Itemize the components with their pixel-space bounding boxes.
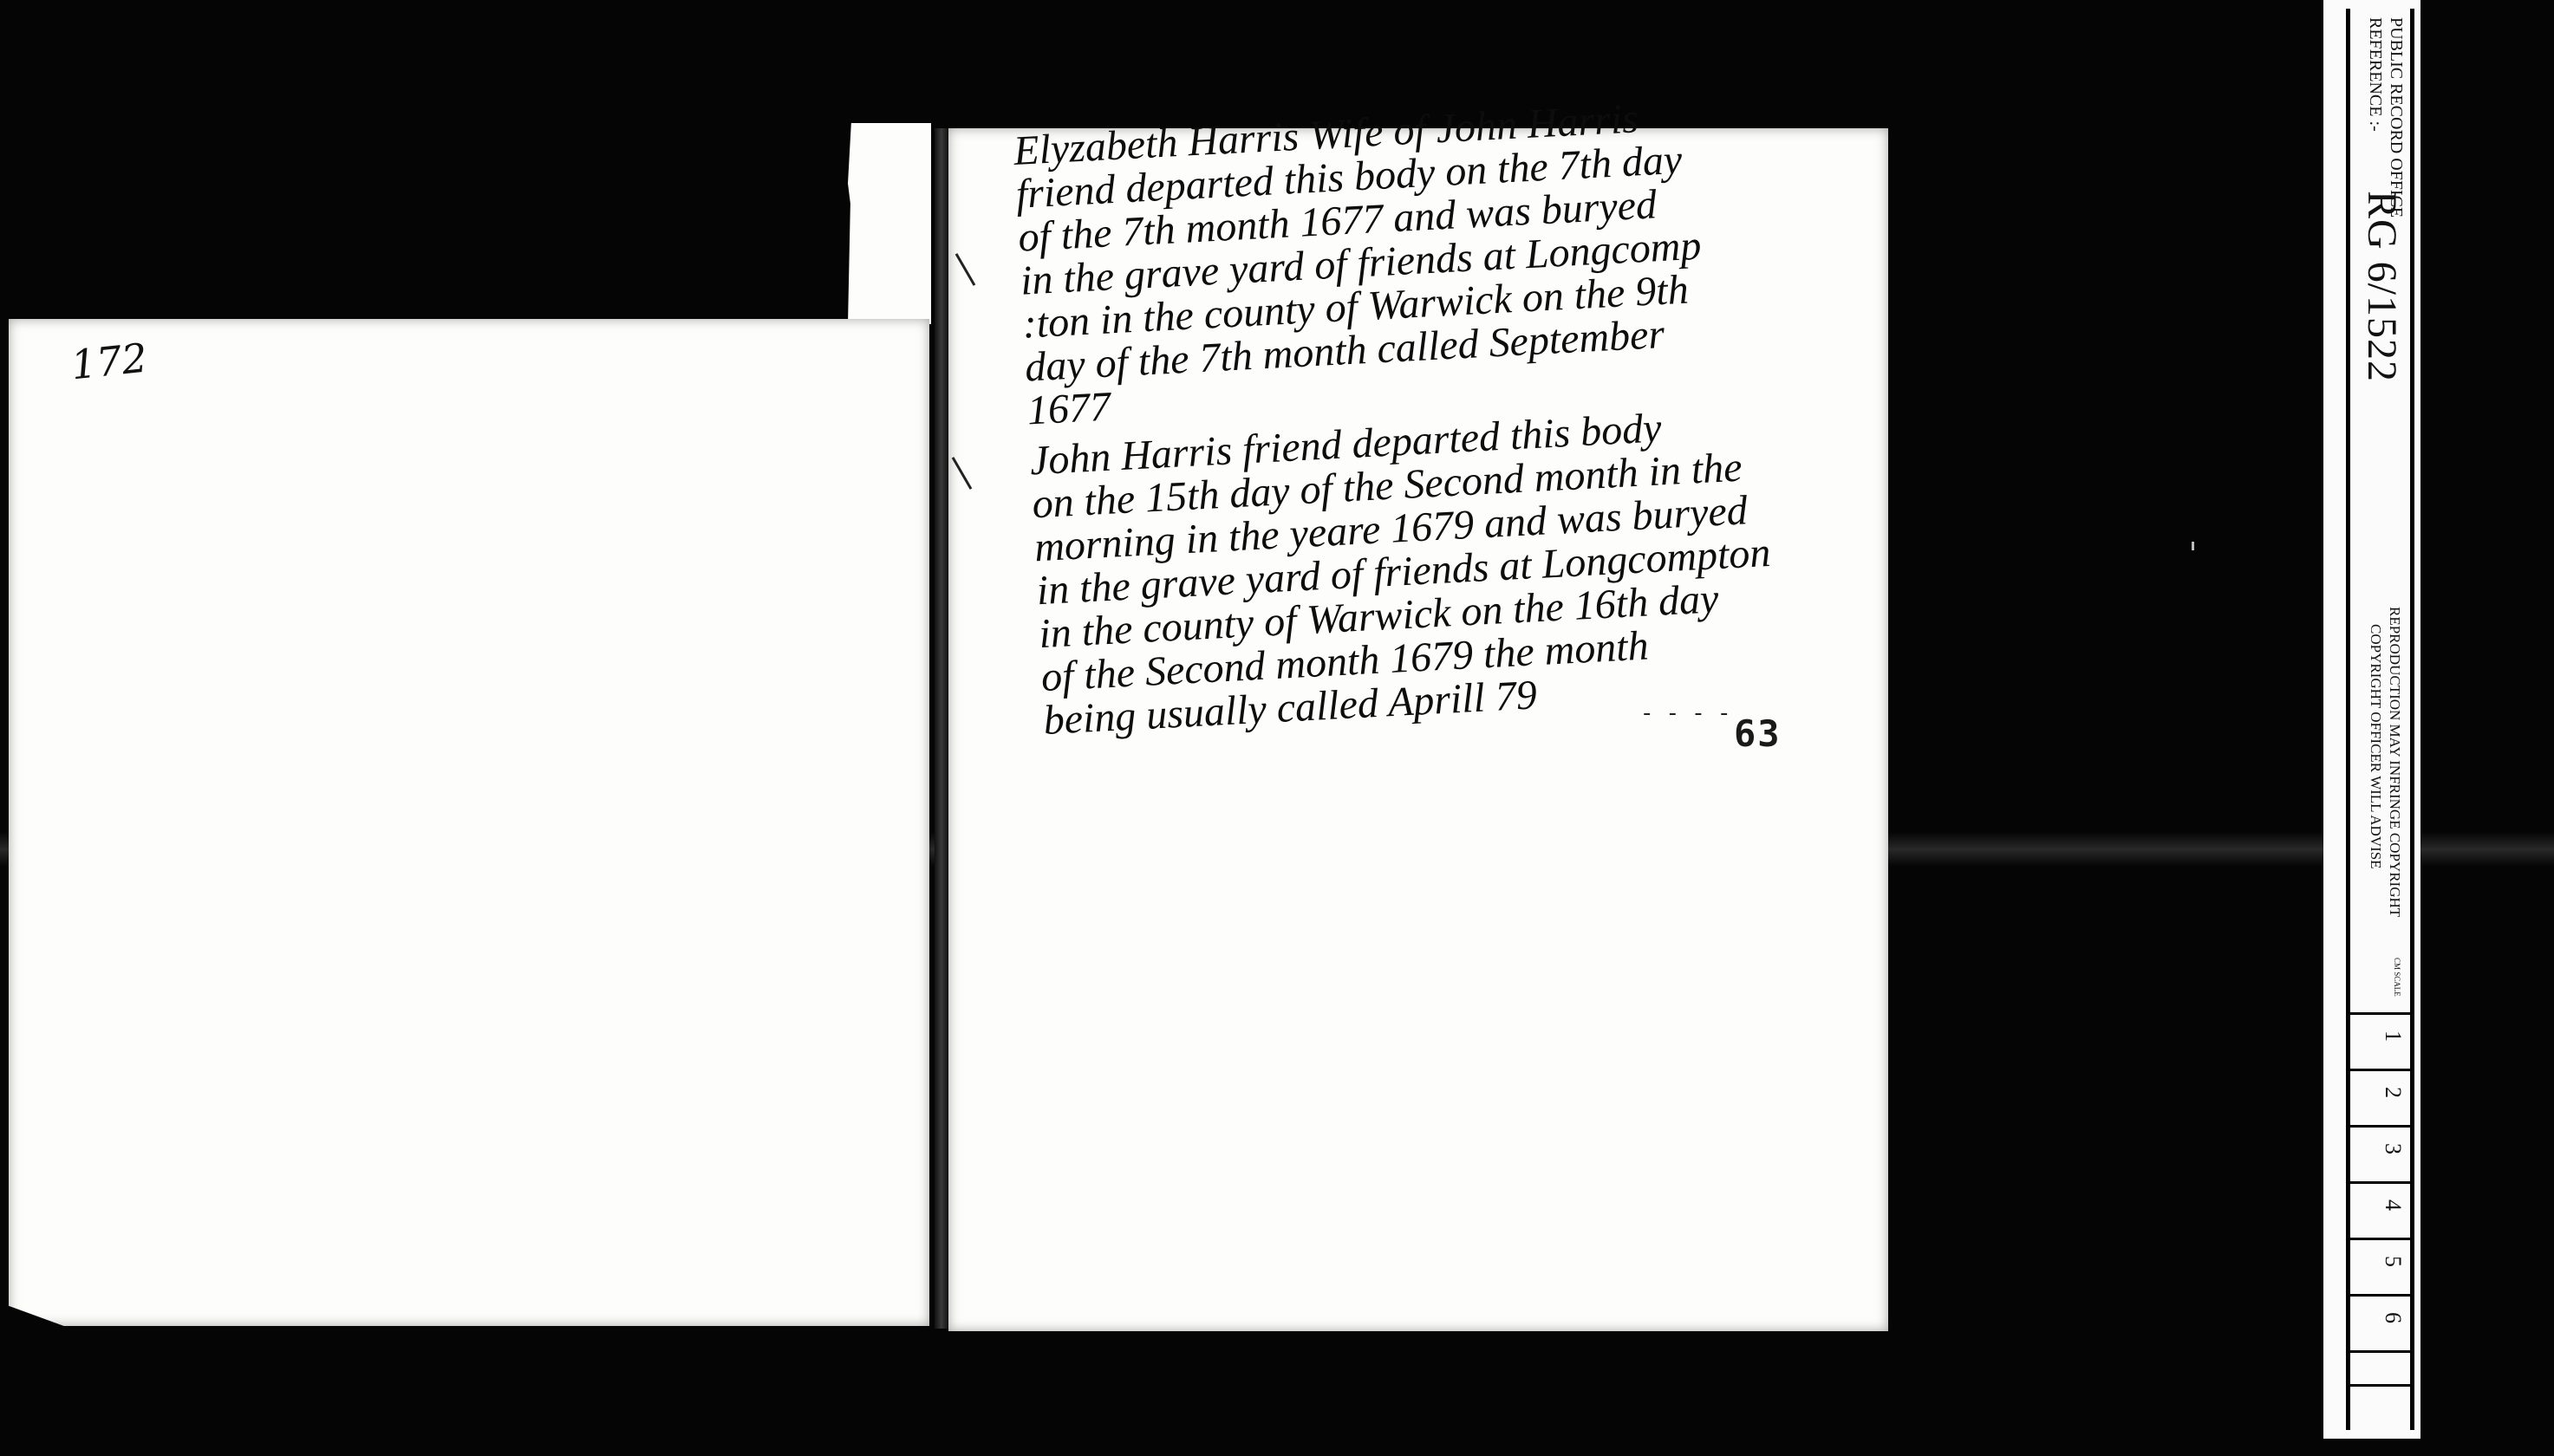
stamped-page-number: 63 — [1734, 712, 1782, 755]
reference-code: RG 6/1522 — [2358, 191, 2406, 382]
scale-tick: 4 — [2380, 1199, 2406, 1211]
copyright-notice-line1: REPRODUCTION MAY INFRINGE COPYRIGHT — [2386, 607, 2403, 917]
copyright-notice-line2: COPYRIGHT OFFICER WILL ADVISE — [2367, 624, 2384, 869]
entry-elizabeth-harris: Elyzabeth Harris Wife of John Harris fri… — [1013, 84, 1903, 432]
scale-cell: 5 — [2350, 1238, 2410, 1294]
scale-cell: 3 — [2350, 1125, 2410, 1181]
scan-speck — [2192, 542, 2194, 550]
scale-tick: 1 — [2380, 1030, 2406, 1042]
left-page — [9, 319, 929, 1326]
scale-cell: 4 — [2350, 1181, 2410, 1238]
book-gutter — [935, 128, 948, 1329]
scale-cell: 2 — [2350, 1069, 2410, 1125]
scale-tick: 2 — [2380, 1087, 2406, 1098]
scale-tick: 6 — [2380, 1312, 2406, 1323]
left-page-tab — [848, 123, 931, 324]
closing-rule: - - - - — [1643, 700, 1733, 726]
scale-label: CM SCALE — [2393, 958, 2401, 997]
scale-tick: 3 — [2380, 1143, 2406, 1154]
folio-number: 172 — [68, 335, 149, 389]
scale-cell: 1 — [2350, 1012, 2410, 1069]
strip-border-right — [2410, 9, 2414, 1430]
reference-strip: PUBLIC RECORD OFFICE REFERENCE :- RG 6/1… — [2323, 0, 2420, 1439]
scale-tick: 5 — [2380, 1256, 2406, 1267]
cm-scale: 1 2 3 4 5 6 — [2350, 1012, 2410, 1387]
entry-john-harris: John Harris friend departed this body on… — [1029, 394, 1919, 743]
office-label: PUBLIC RECORD OFFICE — [2386, 17, 2406, 218]
scale-cell: 6 — [2350, 1294, 2410, 1350]
scale-cell — [2350, 1350, 2410, 1387]
reference-label: REFERENCE :- — [2365, 17, 2385, 132]
handwritten-burial-record: Elyzabeth Harris Wife of John Harris fri… — [1013, 84, 1919, 743]
